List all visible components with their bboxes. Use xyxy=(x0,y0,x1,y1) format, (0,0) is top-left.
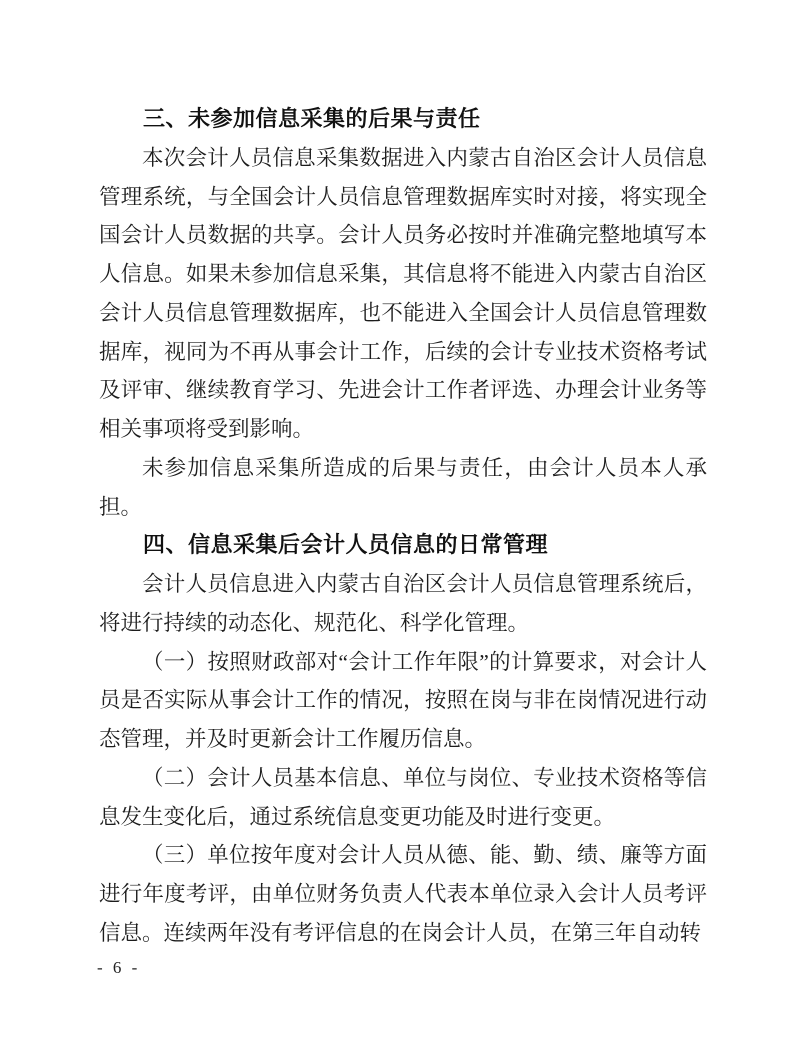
paragraph-daily-management-intro: 会计人员信息进入内蒙古自治区会计人员信息管理系统后，将进行持续的动态化、规范化、… xyxy=(99,565,707,643)
document-body: 三、未参加信息采集的后果与责任 本次会计人员信息采集数据进入内蒙古自治区会计人员… xyxy=(99,100,707,953)
paragraph-item-2: （二）会计人员基本信息、单位与岗位、专业技术资格等信息发生变化后，通过系统信息变… xyxy=(99,759,707,837)
document-page: 三、未参加信息采集的后果与责任 本次会计人员信息采集数据进入内蒙古自治区会计人员… xyxy=(0,0,794,1049)
paragraph-responsibility: 未参加信息采集所造成的后果与责任，由会计人员本人承担。 xyxy=(99,449,707,527)
section-heading-3: 三、未参加信息采集的后果与责任 xyxy=(99,100,707,139)
paragraph-item-3: （三）单位按年度对会计人员从德、能、勤、绩、廉等方面进行年度考评，由单位财务负责… xyxy=(99,836,707,952)
paragraph-consequences: 本次会计人员信息采集数据进入内蒙古自治区会计人员信息管理系统，与全国会计人员信息… xyxy=(99,139,707,449)
paragraph-item-1: （一）按照财政部对“会计工作年限”的计算要求，对会计人员是否实际从事会计工作的情… xyxy=(99,643,707,759)
section-heading-4: 四、信息采集后会计人员信息的日常管理 xyxy=(99,526,707,565)
page-number: - 6 - xyxy=(97,958,140,978)
